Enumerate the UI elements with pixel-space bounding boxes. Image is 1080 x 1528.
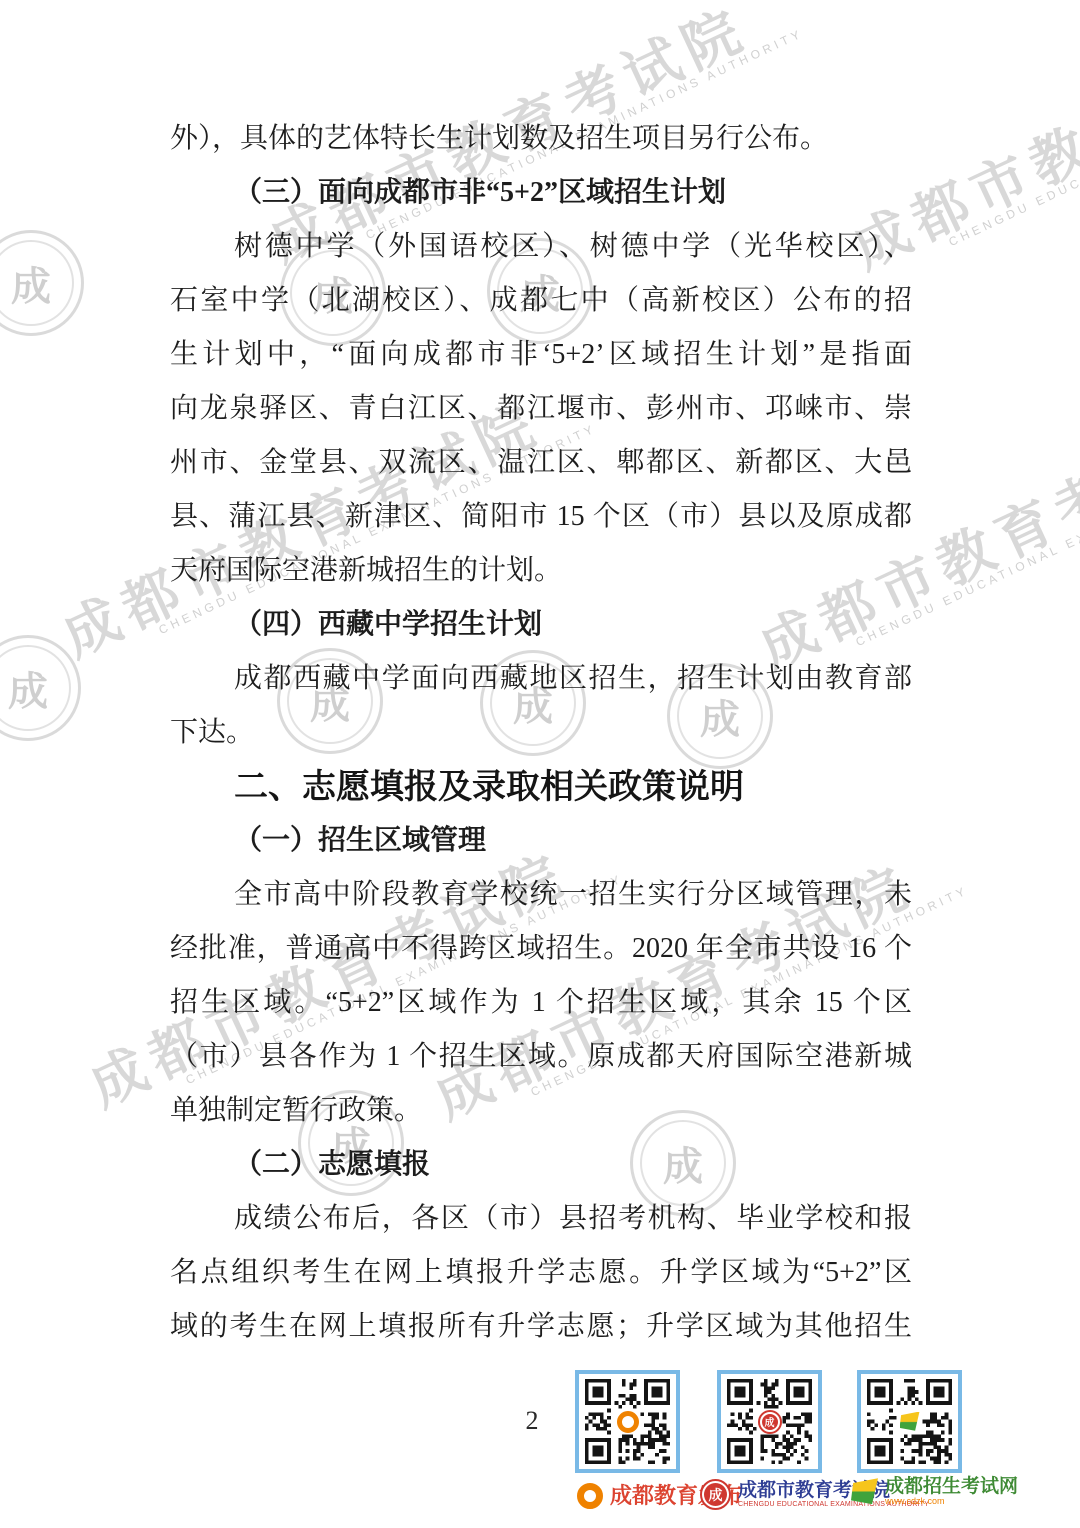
document-line: （三）面向成都市非“5+2”区域招生计划	[170, 166, 912, 220]
examinations-authority-seal-icon: 成	[700, 1479, 731, 1510]
scanned-document-page: 成都市教育考试院CHENGDU EDUCATIONAL EXAMINATIONS…	[0, 0, 1080, 1528]
document-line: 石室中学（北湖校区）、成都七中（高新校区）公布的招	[170, 274, 912, 328]
document-line: 单独制定暂行政策。	[170, 1084, 912, 1138]
cdzk-leaf-logo-icon	[900, 1412, 920, 1432]
examinations-authority-seal-icon: 成	[758, 1410, 782, 1434]
document-line: 招生区域。“5+2”区域作为 1 个招生区域，其余 15 个区	[170, 976, 912, 1030]
document-line: （二）志愿填报	[170, 1138, 912, 1192]
education-release-logo-icon	[617, 1411, 639, 1433]
document-line: 县、蒲江县、新津区、简阳市 15 个区（市）县以及原成都	[170, 490, 912, 544]
document-line: 经批准，普通高中不得跨区域招生。2020 年全市共设 16 个	[170, 922, 912, 976]
qr-center-logo: 成	[758, 1410, 782, 1434]
qr-label-text: 成都招生考试网	[885, 1477, 1018, 1497]
document-text: 外），具体的艺体特长生计划数及招生项目另行公布。（三）面向成都市非“5+2”区域…	[170, 112, 912, 1354]
document-line: 二、志愿填报及录取相关政策说明	[170, 760, 912, 814]
document-line: 向龙泉驿区、青白江区、都江堰市、彭州市、邛崃市、崇	[170, 382, 912, 436]
qr-code	[857, 1370, 962, 1473]
qr-code: 成	[717, 1370, 822, 1473]
qr-center-logo	[617, 1411, 639, 1433]
document-line: 州市、金堂县、双流区、温江区、郫都区、新都区、大邑	[170, 436, 912, 490]
page-number: 2	[514, 1406, 550, 1436]
document-line: 树德中学（外国语校区）、树德中学（光华校区）、	[170, 220, 912, 274]
education-release-logo-icon	[577, 1483, 603, 1509]
document-line: 全市高中阶段教育学校统一招生实行分区域管理，未	[170, 868, 912, 922]
document-line: 成都西藏中学面向西藏地区招生，招生计划由教育部	[170, 652, 912, 706]
document-line: 成绩公布后，各区（市）县招考机构、毕业学校和报	[170, 1192, 912, 1246]
seal-core-glyph: 成	[704, 1483, 727, 1506]
watermark-seal-glyph: 成	[8, 660, 48, 717]
qr-label-subtext: www.cdzk.com	[885, 1497, 1018, 1506]
document-line: 域的考生在网上填报所有升学志愿；升学区域为其他招生	[170, 1300, 912, 1354]
document-line: 下达。	[170, 706, 912, 760]
qr-center-logo	[900, 1412, 920, 1432]
document-line: 生计划中，“面向成都市非‘5+2’区域招生计划”是指面	[170, 328, 912, 382]
seal-core-glyph: 成	[762, 1414, 778, 1430]
document-line: （四）西藏中学招生计划	[170, 598, 912, 652]
document-line: （一）招生区域管理	[170, 814, 912, 868]
document-line: 外），具体的艺体特长生计划数及招生项目另行公布。	[170, 112, 912, 166]
watermark-seal: 成	[0, 230, 84, 336]
watermark-seal-glyph: 成	[11, 255, 51, 312]
document-line: 天府国际空港新城招生的计划。	[170, 544, 912, 598]
watermark-seal: 成	[0, 635, 81, 741]
document-line: 名点组织考生在网上填报升学志愿。升学区域为“5+2”区	[170, 1246, 912, 1300]
qr-label: 成都招生考试网www.cdzk.com	[851, 1477, 1018, 1506]
qr-label-texts: 成都招生考试网www.cdzk.com	[885, 1477, 1018, 1506]
cdzk-leaf-logo-icon	[851, 1478, 878, 1505]
qr-code	[575, 1370, 680, 1473]
document-line: （市）县各作为 1 个招生区域。原成都天府国际空港新城	[170, 1030, 912, 1084]
